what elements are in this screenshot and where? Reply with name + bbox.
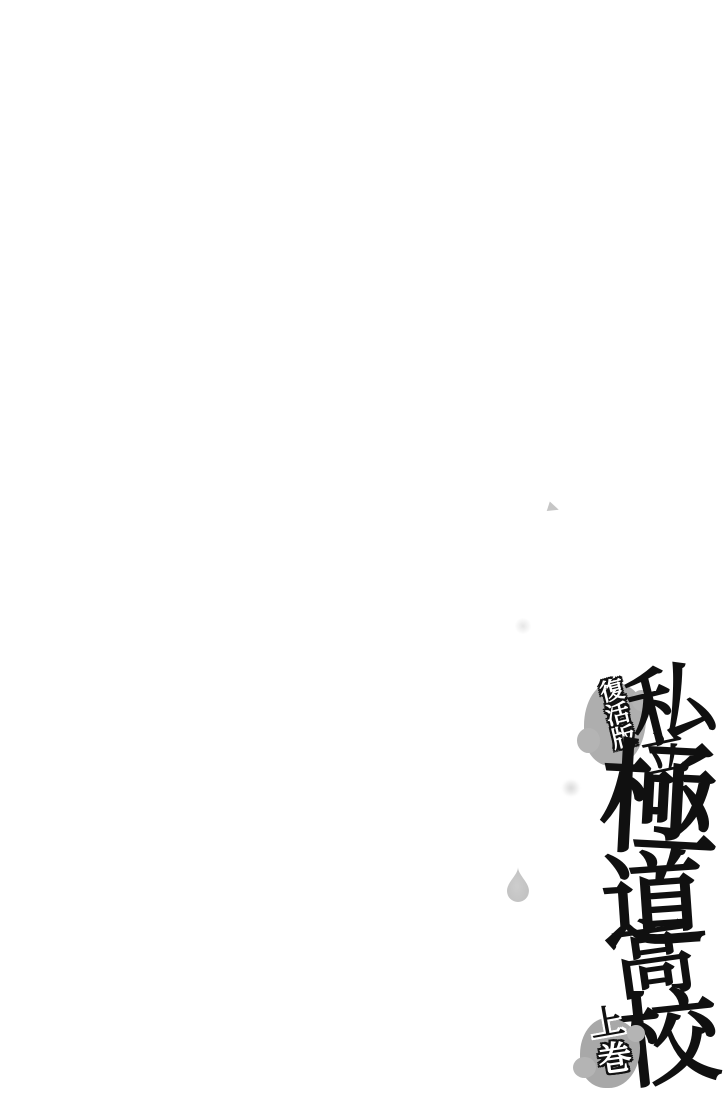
ink-smudge-faint [514, 618, 532, 634]
volume-badge: 上 巻 [578, 1006, 648, 1092]
volume-badge-char-2: 巻 [596, 1040, 634, 1078]
ink-smudge-left-of-title [560, 780, 582, 796]
volume-badge-char-1: 上 [587, 1003, 626, 1042]
manga-title-page: 復活版 私 立 極 道 高 校 上 巻 [0, 0, 728, 1104]
ink-speck-chevron [547, 502, 561, 515]
ink-droplet-icon [504, 866, 532, 904]
